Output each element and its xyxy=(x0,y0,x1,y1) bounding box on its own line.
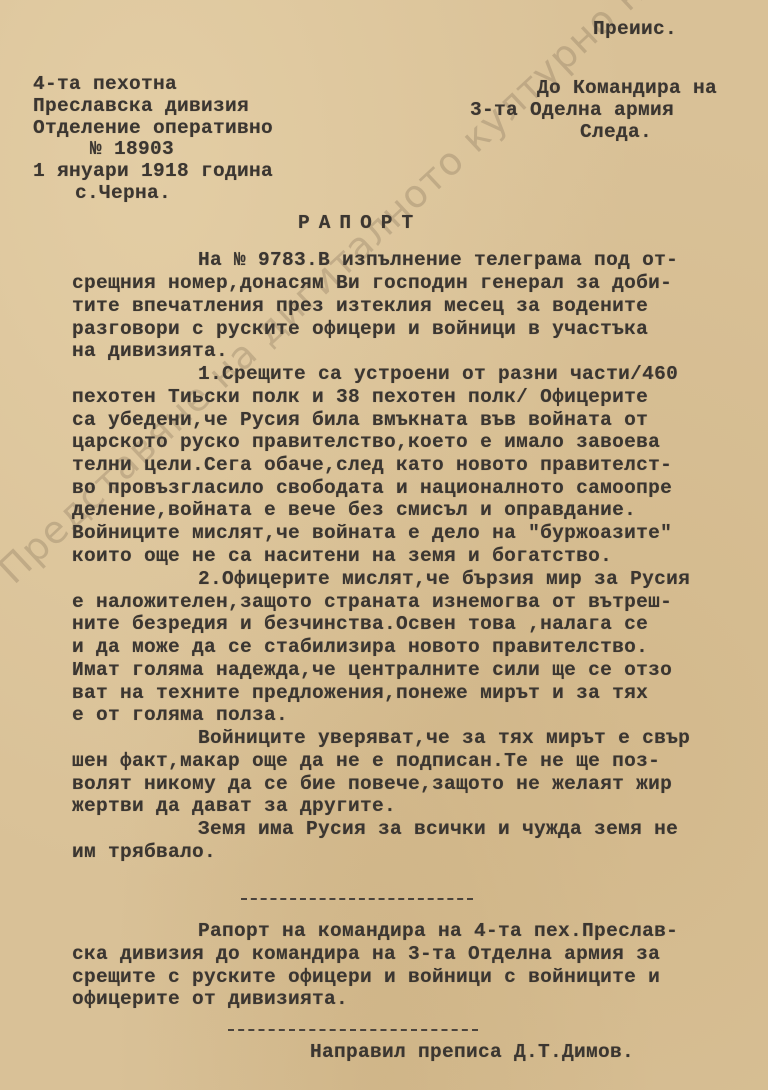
body-line: им трябвало. xyxy=(72,841,216,864)
body-line: е наложителен,защото страната изнемогва … xyxy=(72,591,672,614)
separator-line xyxy=(241,898,473,900)
signature-line: Направил преписа Д.Т.Димов. xyxy=(310,1041,634,1064)
sender-line: № 18903 xyxy=(90,138,174,161)
sender-line: 4-та пехотна xyxy=(33,73,177,96)
body-line: ните безредия и безчинства.Освен това ,н… xyxy=(72,613,648,636)
corner-mark: Преиис. xyxy=(593,18,677,41)
body-line: жертви да дават за другите. xyxy=(72,795,396,818)
sender-line: 1 януари 1918 година xyxy=(33,160,273,183)
summary-line: срещите с руските офицери и войници с во… xyxy=(72,966,660,989)
body-line: шен факт,макар още да не е подписан.Те н… xyxy=(72,750,660,773)
body-line: Имат голяма надежда,че централните сили … xyxy=(72,659,672,682)
document-page: Представяне на дигиталното културно насл… xyxy=(0,0,768,1090)
body-line: тите впечатления през изтеклия месец за … xyxy=(72,295,648,318)
body-line: Войниците мислят,че войната е дело на "б… xyxy=(72,522,672,545)
sender-line: Отделение оперативно xyxy=(33,117,273,140)
body-line: На № 9783.В изпълнение телеграма под от- xyxy=(198,249,678,272)
summary-line: офицерите от дивизията. xyxy=(72,988,348,1011)
body-line: разговори с руските офицери и войници в … xyxy=(72,318,648,341)
body-line: е от голяма полза. xyxy=(72,704,288,727)
recipient-line: 3-та Оделна армия xyxy=(470,99,674,122)
body-line: Войниците уверяват,че за тях мирът е свъ… xyxy=(198,727,690,750)
summary-line: Рапорт на командира на 4-та пех.Преслав- xyxy=(198,920,678,943)
body-line: царското руско правителство,което е имал… xyxy=(72,431,660,454)
document-title: РАПОРТ xyxy=(298,212,422,235)
body-line: ват на техните предложения,понеже мирът … xyxy=(72,682,648,705)
body-line: волят никому да се бие повече,защото не … xyxy=(72,773,672,796)
body-line: деление,войната е вече без смисъл и опра… xyxy=(72,499,636,522)
sender-line: с.Черна. xyxy=(75,182,171,205)
body-line: пехотен Тиьски полк и 38 пехотен полк/ О… xyxy=(72,386,648,409)
body-line: на дивизията. xyxy=(72,340,228,363)
recipient-line: До Командира на xyxy=(537,77,717,100)
summary-line: ска дивизия до командира на 3-та Отделна… xyxy=(72,943,660,966)
body-line: срещния номер,донасям Ви господин генера… xyxy=(72,272,672,295)
body-line: са убедени,че Русия била вмъкната във во… xyxy=(72,409,648,432)
body-line: 2.Офицерите мислят,че бързия мир за Руси… xyxy=(198,568,690,591)
body-line: които още не са наситени на земя и богат… xyxy=(72,545,612,568)
body-line: телни цели.Сега обаче,след като новото п… xyxy=(72,454,672,477)
sender-line: Преславска дивизия xyxy=(33,95,249,118)
body-line: во провъзгласило свободата и националнот… xyxy=(72,477,672,500)
body-line: 1.Срещите са устроени от разни части/460 xyxy=(198,363,678,386)
body-line: и да може да се стабилизира новото прави… xyxy=(72,636,648,659)
body-line: Земя има Русия за всички и чужда земя не xyxy=(198,818,678,841)
separator-line xyxy=(228,1029,478,1031)
recipient-line: Следа. xyxy=(580,121,652,144)
